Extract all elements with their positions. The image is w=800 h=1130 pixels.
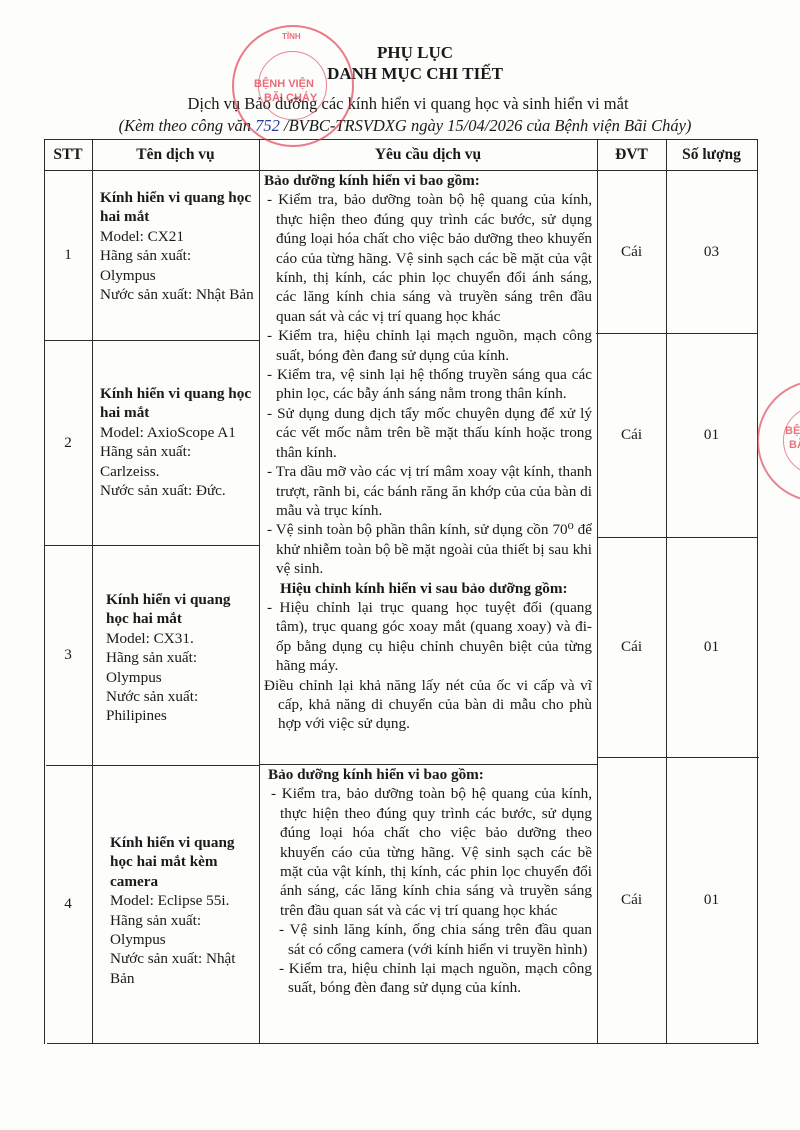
- service-maker-label: Hãng sản xuất:: [100, 246, 255, 265]
- row-unit: Cái: [597, 537, 666, 757]
- hospital-stamp-edge: BỆNH VIỆN BÃI CHÁY: [757, 380, 800, 502]
- requirements-group-1: Bảo dưỡng kính hiển vi bao gồm: - Kiểm t…: [264, 171, 592, 734]
- row-quantity: 01: [666, 757, 757, 1043]
- row-service-name: Kính hiển vi quang học hai mắt kèm camer…: [110, 833, 256, 988]
- service-model: Model: Eclipse 55i.: [110, 891, 256, 910]
- service-model: Model: CX21: [100, 227, 255, 246]
- col-header-service-name: Tên dịch vụ: [92, 139, 259, 170]
- service-maker: Carlzeiss.: [100, 462, 257, 481]
- row-service-name: Kính hiển vi quang học hai mắt Model: Ax…: [100, 384, 257, 500]
- requirement-item: - Kiểm tra, hiệu chỉnh lại mạch nguồn, m…: [268, 959, 592, 998]
- calibration-closing: Điều chỉnh lại khả năng lấy nét của ốc v…: [264, 676, 592, 734]
- row-stt: 3: [44, 545, 92, 765]
- service-country: Nước sản xuất: Đức.: [100, 481, 257, 500]
- requirement-item: - Sử dụng dung dịch tẩy mốc chuyên dụng …: [264, 404, 592, 462]
- service-title: Kính hiển vi quang học hai mắt: [106, 591, 231, 627]
- requirement-item: - Vệ sinh toàn bộ phần thân kính, sử dụn…: [264, 520, 592, 578]
- col-header-unit: ĐVT: [597, 139, 666, 170]
- page-title: PHỤ LỤC: [0, 43, 800, 63]
- row-stt: 2: [44, 340, 92, 545]
- service-model: Model: CX31.: [106, 629, 256, 648]
- service-country: Nước sản xuất: Philipines: [106, 687, 256, 726]
- service-country: Nước sản xuất: Nhật Bản: [110, 949, 256, 988]
- row-stt: 4: [44, 765, 92, 1043]
- row-quantity: 01: [666, 537, 757, 757]
- service-maker: Olympus: [100, 266, 255, 285]
- service-title: Kính hiển vi quang học hai mắt: [100, 385, 251, 421]
- requirement-item: - Kiểm tra, bảo dưỡng toàn bộ hệ quang c…: [264, 190, 592, 326]
- page-subtitle: DANH MỤC CHI TIẾT: [0, 64, 800, 84]
- row-quantity: 03: [666, 170, 757, 333]
- service-title: Kính hiển vi quang học hai mắt kèm camer…: [110, 834, 235, 890]
- requirements-heading: Bảo dưỡng kính hiển vi bao gồm:: [264, 171, 592, 190]
- row-quantity: 01: [666, 333, 757, 537]
- service-description: Dịch vụ Bảo dưỡng các kính hiển vi quang…: [0, 94, 800, 114]
- hospital-stamp: TỈNH BỆNH VIỆN BÃI CHÁY: [232, 25, 354, 147]
- service-maker-label: Hãng sản xuất:: [100, 442, 257, 461]
- requirements-group-2: Bảo dưỡng kính hiển vi bao gồm: - Kiểm t…: [268, 765, 592, 998]
- calibration-heading: Hiệu chỉnh kính hiển vi sau bảo dưỡng gồ…: [264, 579, 592, 598]
- service-country: Nước sản xuất: Nhật Bản: [100, 285, 255, 304]
- requirement-item: - Kiểm tra, vệ sinh lại hệ thống truyền …: [264, 365, 592, 404]
- row-unit: Cái: [597, 757, 666, 1043]
- service-maker-label: Hãng sản xuất:: [106, 648, 256, 667]
- stamp-top-text: TỈNH: [282, 33, 301, 41]
- requirement-item: - Kiểm tra, bảo dưỡng toàn bộ hệ quang c…: [268, 784, 592, 920]
- requirement-item: - Kiểm tra, hiệu chỉnh lại mạch nguồn, m…: [264, 326, 592, 365]
- requirements-heading: Bảo dưỡng kính hiển vi bao gồm:: [268, 765, 592, 784]
- row-stt: 1: [44, 170, 92, 340]
- service-title: Kính hiển vi quang học hai mắt: [100, 189, 251, 225]
- row-unit: Cái: [597, 333, 666, 537]
- stamp-line-2: BÃI CHÁY: [264, 93, 317, 104]
- service-maker-label: Hãng sản xuất:: [110, 911, 256, 930]
- stamp-edge-line-2: BÃI CHÁY: [789, 440, 800, 451]
- service-maker: Olympus: [110, 930, 256, 949]
- reference-line: (Kèm theo công văn 752 /BVBC-TRSVDXG ngà…: [0, 116, 800, 136]
- stamp-line-1: BỆNH VIỆN: [254, 79, 314, 90]
- row-service-name: Kính hiển vi quang học hai mắt Model: CX…: [100, 188, 255, 304]
- service-maker: Olympus: [106, 668, 256, 687]
- col-header-quantity: Số lượng: [666, 139, 757, 170]
- col-header-stt: STT: [44, 139, 92, 170]
- service-model: Model: AxioScope A1: [100, 423, 257, 442]
- row-service-name: Kính hiển vi quang học hai mắt Model: CX…: [106, 590, 256, 726]
- requirement-item: - Vệ sinh lăng kính, ống chia sáng trên …: [268, 920, 592, 959]
- row-unit: Cái: [597, 170, 666, 333]
- requirement-item: - Tra dầu mỡ vào các vị trí mâm xoay vật…: [264, 462, 592, 520]
- calibration-item: - Hiệu chỉnh lại trục quang học tuyệt đố…: [264, 598, 592, 676]
- reference-prefix: (Kèm theo công văn: [119, 116, 256, 135]
- stamp-edge-line-1: BỆNH VIỆN: [785, 426, 800, 437]
